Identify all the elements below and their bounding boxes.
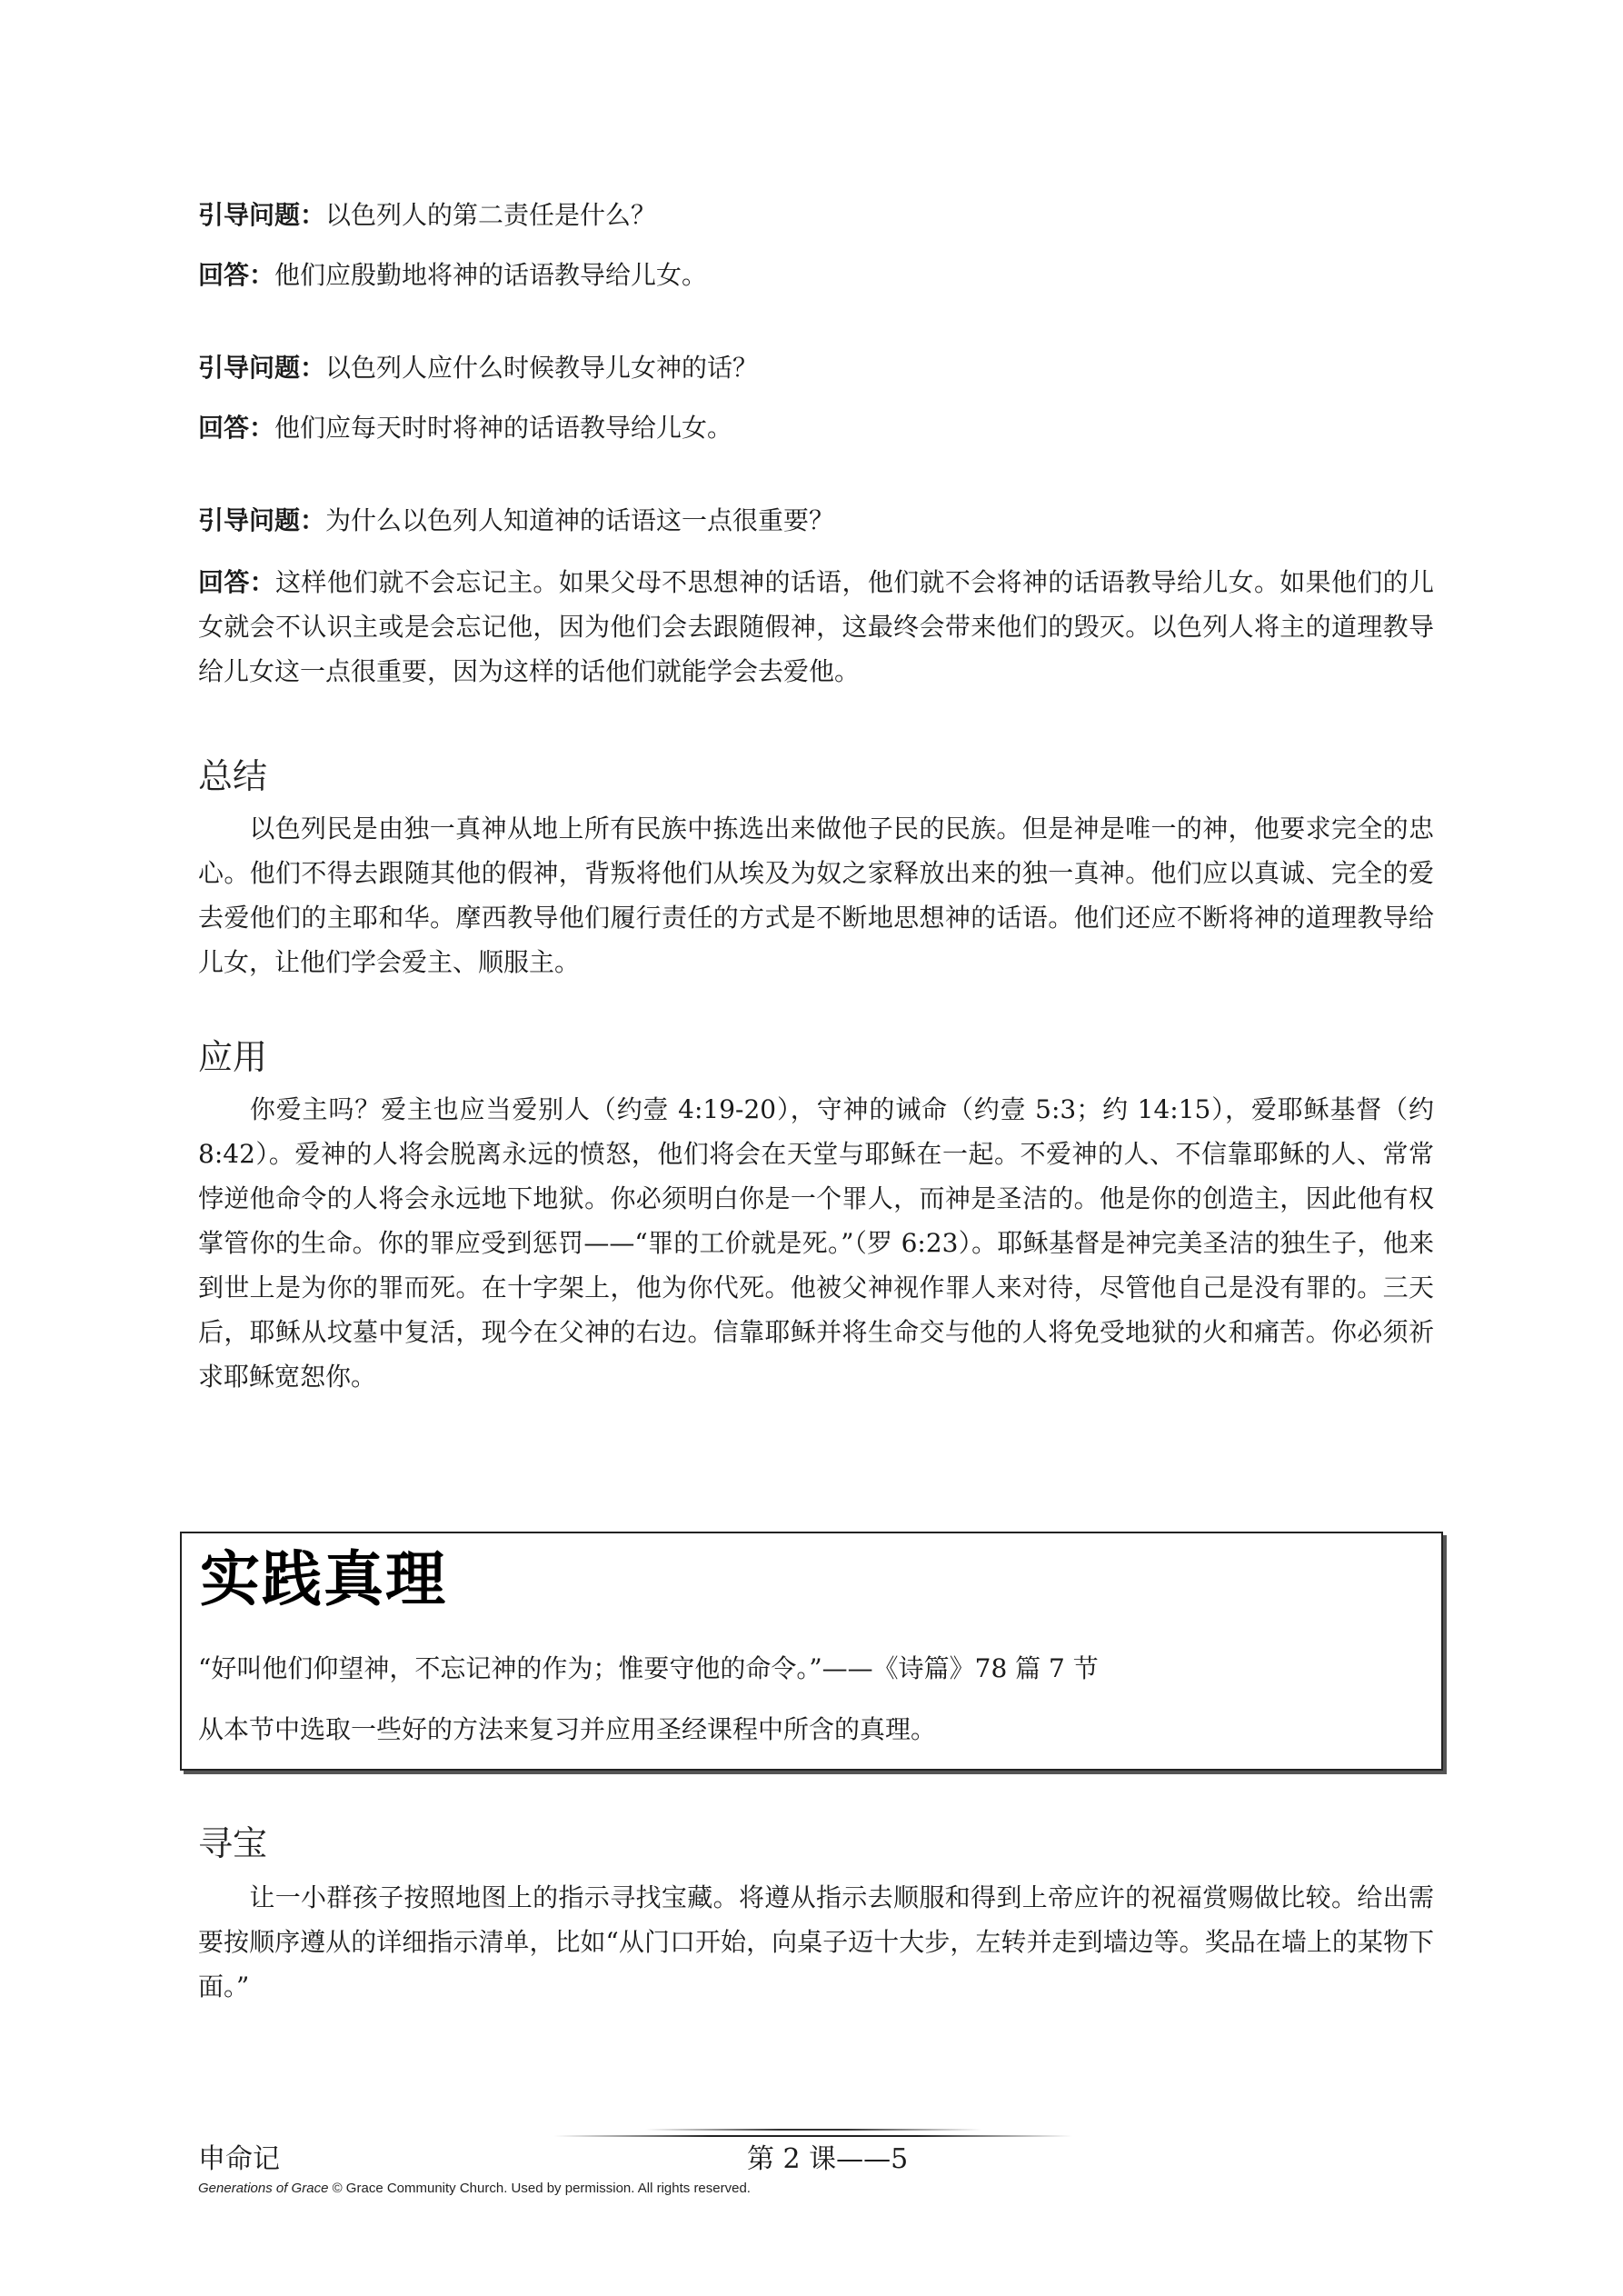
practice-truth-heading: 实践真理 <box>200 1545 447 1612</box>
answer-label: 回答： <box>198 260 274 290</box>
copyright-text: © Grace Community Church. Used by permis… <box>328 2181 751 2196</box>
question-label: 引导问题： <box>198 200 325 230</box>
application-text: 你爱主吗？爱主也应当爱别人（约壹 4:19-20），守神的诫命（约壹 5:3；约… <box>198 1094 1434 1392</box>
guiding-question-3: 引导问题：为什么以色列人知道神的话语这一点很重要？ <box>198 507 834 534</box>
footer-book-title: 申命记 <box>198 2143 280 2176</box>
memory-verse-quote: “好叫他们仰望神，不忘记神的作为；惟要守他的命令。”——《诗篇》78 篇 7 节 <box>198 1654 1099 1683</box>
answer-label: 回答： <box>198 567 275 597</box>
application-heading: 应用 <box>198 1037 267 1077</box>
summary-text: 以色列民是由独一真神从地上所有民族中拣选出来做他子民的民族。但是神是唯一的神，他… <box>198 814 1434 977</box>
summary-heading: 总结 <box>198 756 267 796</box>
question-label: 引导问题： <box>198 353 325 383</box>
answer-2: 回答：他们应每天时时将神的话语教导给儿女。 <box>198 414 732 442</box>
question-text: 为什么以色列人知道神的话语这一点很重要？ <box>325 505 834 535</box>
answer-text: 他们应每天时时将神的话语教导给儿女。 <box>274 413 732 443</box>
question-text: 以色列人应什么时候教导儿女神的话？ <box>325 353 758 383</box>
answer-text: 他们应殷勤地将神的话语教导给儿女。 <box>274 260 707 290</box>
copyright-title: Generations of Grace <box>198 2181 328 2196</box>
practice-instruction: 从本节中选取一些好的方法来复习并应用圣经课程中所含的真理。 <box>198 1715 936 1744</box>
answer-label: 回答： <box>198 413 274 443</box>
question-text: 以色列人的第二责任是什么？ <box>325 200 656 230</box>
application-paragraph: 你爱主吗？爱主也应当爱别人（约壹 4:19-20），守神的诫命（约壹 5:3；约… <box>198 1087 1434 1399</box>
answer-1: 回答：他们应殷勤地将神的话语教导给儿女。 <box>198 262 707 289</box>
footer-page-number: 第 2 课——5 <box>747 2143 908 2176</box>
summary-paragraph: 以色列民是由独一真神从地上所有民族中拣选出来做他子民的民族。但是神是唯一的神，他… <box>198 806 1434 984</box>
guiding-question-2: 引导问题：以色列人应什么时候教导儿女神的话？ <box>198 354 758 382</box>
treasure-hunt-heading: 寻宝 <box>198 1823 267 1863</box>
footer-divider <box>554 2127 1072 2138</box>
copyright-notice: Generations of Grace © Grace Community C… <box>198 2180 751 2198</box>
answer-text: 这样他们就不会忘记主。如果父母不思想神的话语，他们就不会将神的话语教导给儿女。如… <box>198 567 1434 686</box>
question-label: 引导问题： <box>198 505 325 535</box>
treasure-hunt-paragraph: 让一小群孩子按照地图上的指示寻找宝藏。将遵从指示去顺服和得到上帝应许的祝福赏赐做… <box>198 1875 1434 2009</box>
answer-3: 回答：这样他们就不会忘记主。如果父母不思想神的话语，他们就不会将神的话语教导给儿… <box>198 560 1434 694</box>
treasure-hunt-text: 让一小群孩子按照地图上的指示寻找宝藏。将遵从指示去顺服和得到上帝应许的祝福赏赐做… <box>198 1882 1434 2002</box>
guiding-question-1: 引导问题：以色列人的第二责任是什么？ <box>198 202 656 229</box>
